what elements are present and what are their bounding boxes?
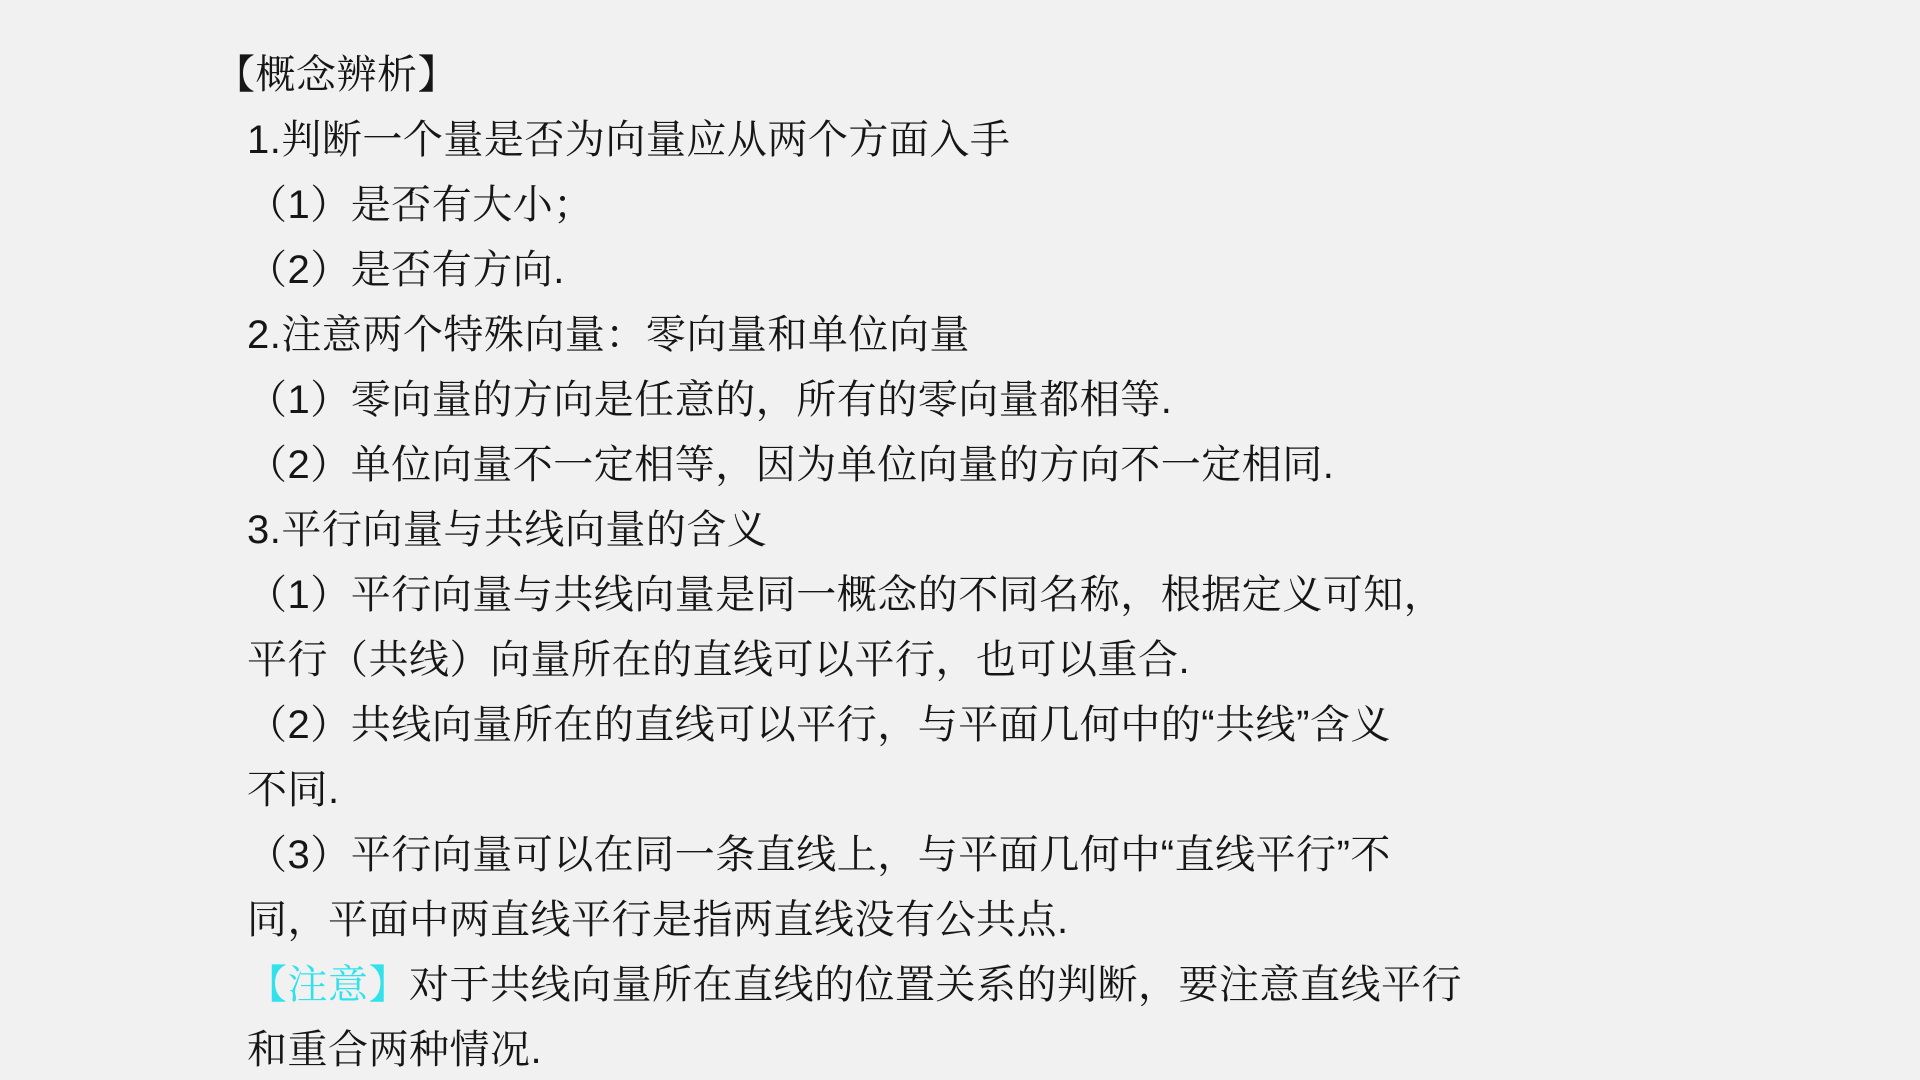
section-title: 【概念辨析】 (215, 43, 1715, 108)
text-line: 平行（共线）向量所在的直线可以平行，也可以重合. (215, 628, 1715, 693)
text-line: （1）是否有大小； (215, 173, 1715, 238)
text-line: 3.平行向量与共线向量的含义 (215, 498, 1715, 563)
text-line: （2）是否有方向. (215, 238, 1715, 303)
text-line: （2）单位向量不一定相等，因为单位向量的方向不一定相同. (215, 433, 1715, 498)
text-line: （1）零向量的方向是任意的，所有的零向量都相等. (215, 368, 1715, 433)
notice-text: 对于共线向量所在直线的位置关系的判断，要注意直线平行 (409, 963, 1462, 1007)
notice-label: 【注意】 (247, 963, 409, 1007)
text-line: （2）共线向量所在的直线可以平行，与平面几何中的“共线”含义 (215, 693, 1715, 758)
notice-line: 【注意】对于共线向量所在直线的位置关系的判断，要注意直线平行 (215, 953, 1715, 1018)
text-line: 同，平面中两直线平行是指两直线没有公共点. (215, 888, 1715, 953)
text-line: （3）平行向量可以在同一条直线上，与平面几何中“直线平行”不 (215, 823, 1715, 888)
notice-line-continuation: 和重合两种情况. (215, 1018, 1715, 1080)
text-line: 2.注意两个特殊向量：零向量和单位向量 (215, 303, 1715, 368)
text-line: （1）平行向量与共线向量是同一概念的不同名称，根据定义可知， (215, 563, 1715, 628)
text-line: 1.判断一个量是否为向量应从两个方面入手 (215, 108, 1715, 173)
text-line: 不同. (215, 758, 1715, 823)
document-page: 【概念辨析】 1.判断一个量是否为向量应从两个方面入手 （1）是否有大小； （2… (215, 43, 1715, 1080)
